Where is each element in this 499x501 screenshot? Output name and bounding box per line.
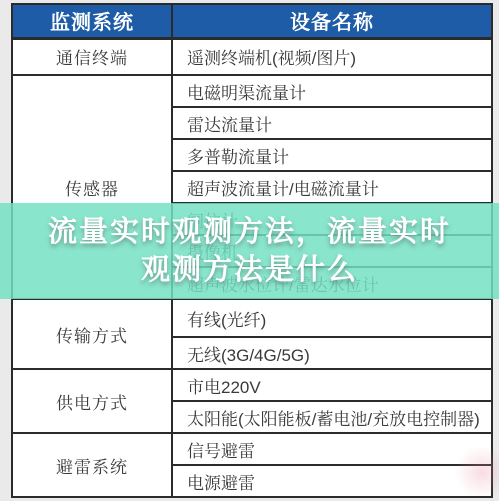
header-device-name: 设备名称 [172,4,492,38]
device-doppler-flowmeter: 多普勒流量计 [172,139,492,171]
table-row: 传输方式 有线(光纤) [12,299,492,337]
title-line-2: 观测方法是什么 [141,251,358,289]
table-header-row: 监测系统 设备名称 [12,4,492,38]
header-monitoring-system: 监测系统 [12,4,172,38]
system-lightning-protection: 避雷系统 [12,433,172,497]
table-row: 传感器 电磁明渠流量计 [12,75,492,107]
device-signal-lightning-arrester: 信号避雷 [172,433,492,465]
device-electromagnetic-open-channel-flowmeter: 电磁明渠流量计 [172,75,492,107]
screenshot-root: { "colors": { "page_background": "#EAEAE… [0,0,499,501]
device-solar-power: 太阳能(太阳能板/蓄电池/充放电控制器) [172,401,492,433]
device-wired-fiber: 有线(光纤) [172,299,492,337]
device-mains-220v: 市电220V [172,369,492,401]
device-radar-flowmeter: 雷达流量计 [172,107,492,139]
system-transmission-mode: 传输方式 [12,299,172,369]
table-row: 通信终端 遥测终端机(视频/图片) [12,38,492,75]
device-telemetry-terminal: 遥测终端机(视频/图片) [172,38,492,75]
title-line-1: 流量实时观测方法，流量实时 [48,213,451,251]
device-power-lightning-arrester: 电源避雷 [172,465,492,497]
system-communication-terminal: 通信终端 [12,38,172,75]
table-row: 避雷系统 信号避雷 [12,433,492,465]
device-wireless-3g4g5g: 无线(3G/4G/5G) [172,337,492,369]
title-overlay-band: 流量实时观测方法，流量实时 观测方法是什么 [0,203,499,299]
table-row: 供电方式 市电220V [12,369,492,401]
device-ultrasonic-electromagnetic-flowmeter: 超声波流量计/电磁流量计 [172,171,492,203]
system-power-supply: 供电方式 [12,369,172,433]
